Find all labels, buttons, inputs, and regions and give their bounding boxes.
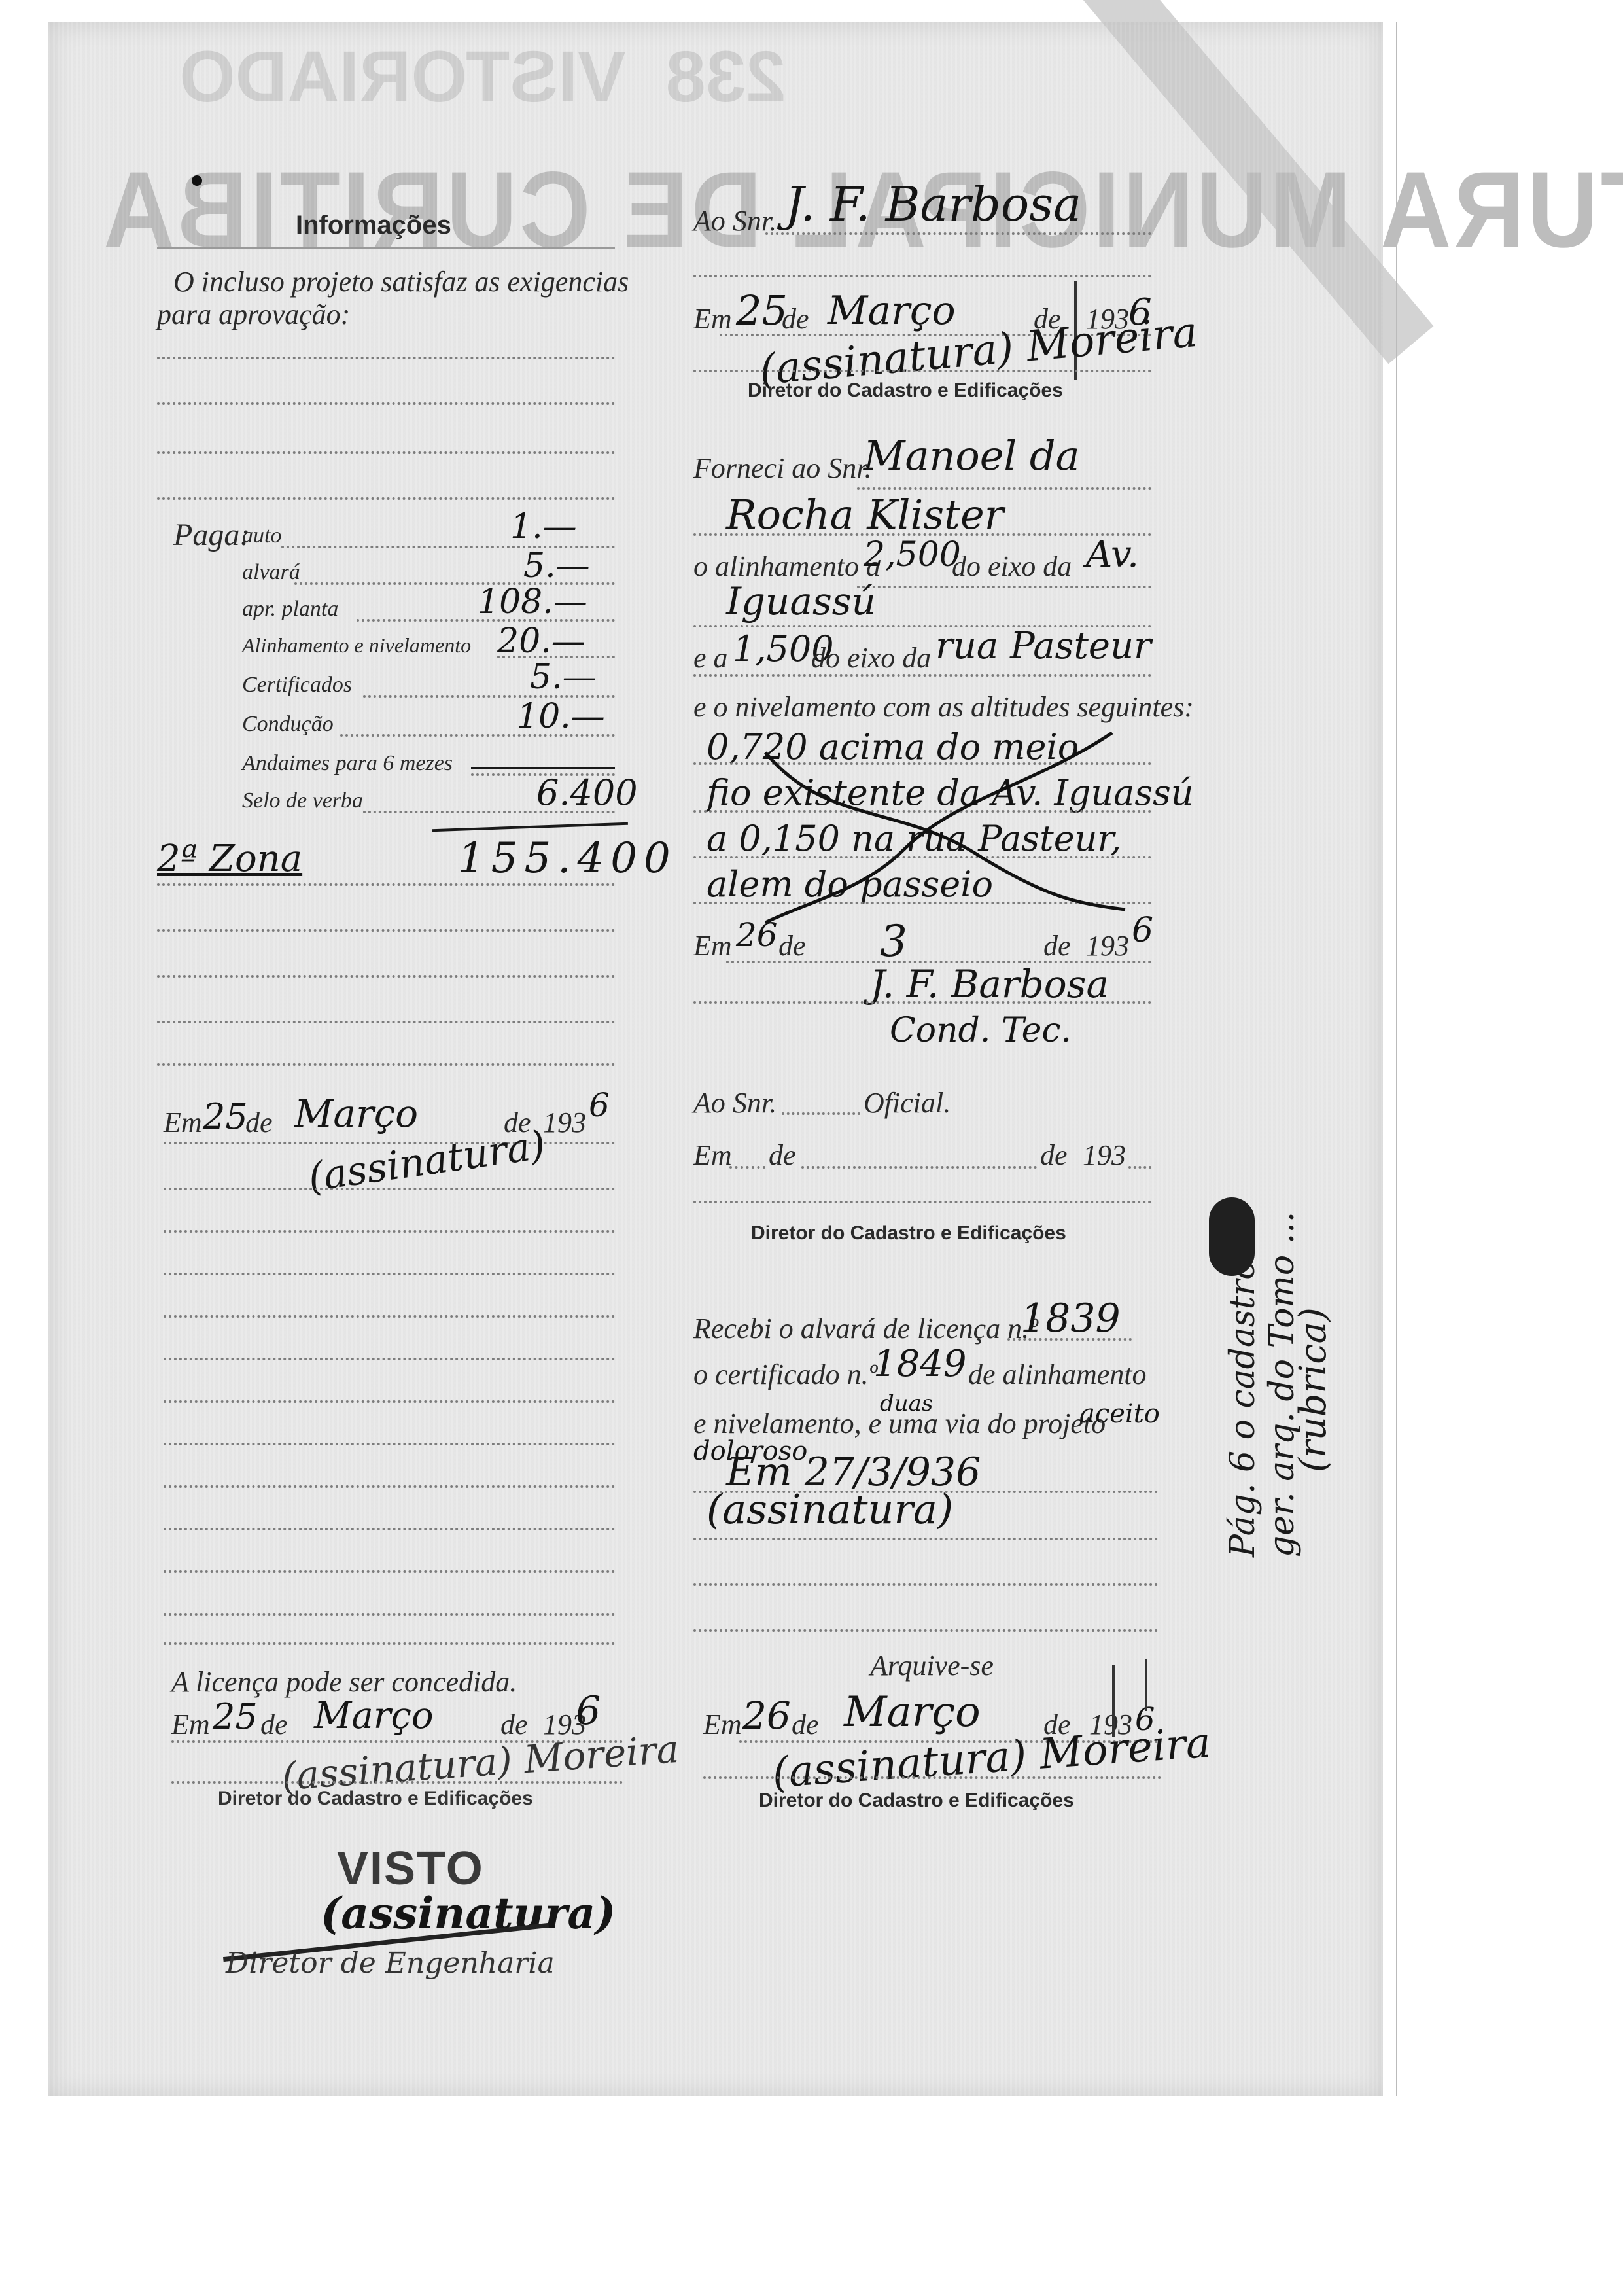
oficial-ao-snr: Ao Snr. bbox=[693, 1086, 777, 1120]
blank-line bbox=[157, 451, 615, 454]
blank-line bbox=[164, 1570, 615, 1573]
forneci-value-1: Manoel da bbox=[864, 432, 1080, 480]
signer-title: Diretor do Cadastro e Edificações bbox=[751, 1222, 1066, 1245]
forneci-line bbox=[857, 487, 1151, 490]
cross-out-mark bbox=[707, 726, 1164, 923]
date-de: de bbox=[260, 1708, 288, 1741]
fee-label: Condução bbox=[242, 712, 334, 737]
eixo-value: Av. bbox=[1086, 533, 1139, 576]
fee-value: 10.— bbox=[517, 697, 605, 736]
fee-label: alvará bbox=[242, 560, 300, 585]
forneci-label: Forneci ao Snr. bbox=[693, 451, 872, 485]
date-de: de bbox=[778, 929, 806, 963]
ink-blot bbox=[1209, 1197, 1255, 1276]
section-title-informacoes: Informações bbox=[296, 211, 451, 240]
certificado-number: 1849 bbox=[873, 1343, 967, 1385]
date-year-blank bbox=[1128, 1166, 1151, 1169]
date-year-suffix: 6 bbox=[576, 1688, 601, 1734]
blank-line bbox=[164, 1230, 615, 1233]
blank-line bbox=[693, 1583, 1158, 1586]
fee-label: Alinhamento e nivelamento bbox=[242, 633, 471, 658]
zone-note: 2ª Zona bbox=[157, 838, 302, 880]
signature-line bbox=[693, 1201, 1151, 1203]
fee-label: apr. planta bbox=[242, 597, 338, 622]
date-de: de bbox=[500, 1708, 528, 1741]
date-year: 193 bbox=[1086, 929, 1129, 963]
alinhamento-label: o alinhamento a bbox=[693, 550, 881, 583]
date-de: de bbox=[769, 1139, 796, 1172]
eixo-value: rua Pasteur bbox=[935, 625, 1151, 667]
fee-label: Certificados bbox=[242, 673, 352, 698]
blank-line bbox=[157, 497, 615, 500]
date-de: de bbox=[245, 1106, 273, 1139]
date-month: Março bbox=[844, 1688, 981, 1737]
signer-title: Diretor do Cadastro e Edificações bbox=[748, 380, 1063, 402]
blank-line bbox=[164, 1358, 615, 1360]
blank-line bbox=[157, 357, 615, 359]
intro-line-2: para aprovação: bbox=[157, 298, 350, 331]
signature-line bbox=[693, 1001, 1151, 1004]
eixo-label: do eixo da bbox=[952, 550, 1072, 583]
receipt-signature: (assinatura) bbox=[707, 1485, 953, 1533]
blank-line bbox=[164, 1485, 615, 1488]
blank-line bbox=[693, 1629, 1158, 1632]
date-year-suffix: 6 bbox=[1132, 911, 1153, 950]
date-month-blank bbox=[801, 1166, 1037, 1169]
signature-line bbox=[171, 1781, 623, 1784]
date-day: 25 bbox=[736, 287, 788, 334]
intro-line-1: O incluso projeto satisfaz as exigencias bbox=[173, 265, 629, 298]
dot-mark bbox=[192, 175, 202, 186]
date-de: de bbox=[782, 302, 809, 336]
alvara-number: 1839 bbox=[1021, 1296, 1121, 1341]
fee-total: 155.400 bbox=[458, 834, 677, 883]
date-prefix: Em bbox=[164, 1106, 202, 1139]
fee-label: Andaimes para 6 mezes bbox=[242, 751, 453, 776]
blank-line bbox=[164, 1315, 615, 1318]
signature-line bbox=[703, 1776, 1161, 1779]
fee-value-dash bbox=[471, 767, 615, 769]
appended-word: aceito bbox=[1079, 1399, 1160, 1429]
date-day: 25 bbox=[213, 1696, 258, 1737]
fee-value: 6.400 bbox=[536, 772, 638, 813]
blank-line bbox=[164, 1642, 615, 1645]
alvara-line bbox=[1007, 1338, 1132, 1341]
oficial-line bbox=[782, 1112, 860, 1115]
date-prefix: Em bbox=[693, 302, 732, 336]
date-day: 25 bbox=[203, 1096, 248, 1137]
fee-value: 5.— bbox=[523, 546, 590, 586]
nivelamento-line: e nivelamento, e uma via do projeto bbox=[693, 1407, 1106, 1440]
recebi-label: Recebi o alvará de licença n.º bbox=[693, 1312, 1038, 1345]
blank-line bbox=[164, 1400, 615, 1403]
date-day: 26 bbox=[742, 1693, 791, 1738]
signature-line bbox=[693, 1538, 1158, 1540]
date-day-blank bbox=[729, 1166, 765, 1169]
margin-mark bbox=[1145, 1659, 1147, 1711]
signer-title: Diretor do Cadastro e Edificações bbox=[759, 1790, 1074, 1812]
blank-line bbox=[164, 1528, 615, 1530]
alinhamento-value: 2,500 bbox=[864, 535, 961, 574]
eixo-label: do eixo da bbox=[811, 641, 931, 675]
fee-value: 20.— bbox=[497, 622, 585, 661]
margin-signature: (rubrica) bbox=[1292, 1307, 1335, 1472]
license-granted-text: A licença pode ser concedida. bbox=[171, 1665, 517, 1699]
date-month: 3 bbox=[880, 916, 907, 966]
date-month: Março bbox=[314, 1695, 434, 1737]
blank-line bbox=[164, 1443, 615, 1445]
blank-line bbox=[157, 883, 615, 886]
signature: J. F. Barbosa bbox=[870, 962, 1109, 1006]
fee-value: 108.— bbox=[478, 582, 587, 622]
visto-title: Diretor de Engenharia bbox=[226, 1947, 555, 1980]
addressee-label: Ao Snr. bbox=[693, 204, 777, 238]
blank-line bbox=[157, 402, 615, 405]
date-year: 193 bbox=[543, 1106, 586, 1139]
addressee-value: J. F. Barbosa bbox=[785, 177, 1081, 232]
date-month: Março bbox=[294, 1091, 418, 1136]
date-de: de bbox=[1043, 929, 1071, 963]
date-prefix: Em bbox=[703, 1708, 742, 1741]
eixo-value-2: Iguassú bbox=[726, 579, 876, 624]
fee-label: Selo de verba bbox=[242, 788, 363, 813]
blank-line bbox=[857, 586, 1151, 588]
paga-label: Paga: bbox=[173, 517, 250, 553]
blank-line bbox=[164, 1273, 615, 1275]
arquive-label: Arquive-se bbox=[870, 1649, 994, 1682]
certificado-label: o certificado n.º bbox=[693, 1358, 877, 1391]
date-prefix: Em bbox=[693, 1139, 732, 1172]
blank-line bbox=[157, 1021, 615, 1023]
blank-line bbox=[693, 275, 1151, 277]
divider bbox=[157, 247, 615, 249]
date-day: 26 bbox=[736, 916, 778, 954]
signature-title: Cond. Tec. bbox=[890, 1011, 1072, 1050]
nivelamento-label: e o nivelamento com as altitudes seguint… bbox=[693, 690, 1194, 724]
blank-line bbox=[157, 975, 615, 978]
date-year-suffix: 6 bbox=[589, 1086, 610, 1124]
signer-title: Diretor do Cadastro e Edificações bbox=[218, 1788, 533, 1810]
fee-value: 1.— bbox=[510, 507, 577, 546]
date-month: Março bbox=[828, 288, 956, 334]
date-prefix: Em bbox=[693, 929, 732, 963]
fee-label: auto bbox=[242, 523, 281, 548]
blank-line bbox=[157, 929, 615, 932]
date-de: de bbox=[1040, 1139, 1068, 1172]
oficial-value: Oficial. bbox=[864, 1086, 951, 1120]
signature-line bbox=[693, 370, 1151, 372]
blank-line bbox=[164, 1613, 615, 1616]
e-a-label: e a bbox=[693, 641, 728, 675]
bleed-stamp: 238 VISTORIADO bbox=[179, 35, 786, 118]
date-year: 193 bbox=[1083, 1139, 1126, 1172]
blank-line bbox=[693, 674, 1151, 677]
fee-value: 5.— bbox=[530, 658, 597, 697]
addressee-line bbox=[765, 232, 1151, 235]
certificado-suffix: de alinhamento bbox=[968, 1358, 1147, 1391]
blank-line bbox=[164, 1188, 615, 1190]
date-prefix: Em bbox=[171, 1708, 210, 1741]
date-de: de bbox=[792, 1708, 819, 1741]
blank-line bbox=[157, 1063, 615, 1066]
paper-fold-line bbox=[1396, 22, 1397, 2096]
forneci-value-2: Rocha Klister bbox=[726, 491, 1003, 539]
